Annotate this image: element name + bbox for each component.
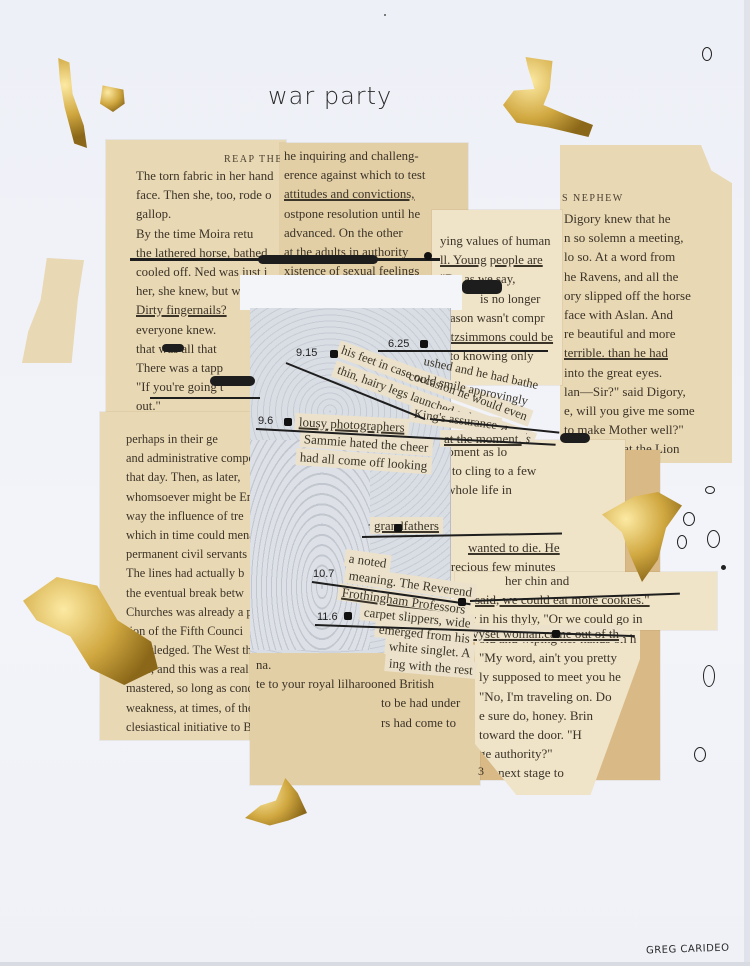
ink-dot [344, 612, 352, 620]
ink-line [150, 397, 260, 399]
page-number: 3 [478, 762, 484, 781]
ink-doodle [694, 747, 706, 762]
page-header: S NEPHEW [562, 189, 624, 208]
artwork-title: war party [268, 82, 392, 110]
book-page-right: S NEPHEW Digory knew that he n so solemn… [560, 145, 732, 463]
paper-edge-bottom [0, 962, 750, 966]
ink-dot-doodle [721, 565, 726, 570]
map-label: 11.6 [317, 611, 338, 623]
ink-dot [458, 598, 466, 606]
ink-dot [284, 418, 292, 426]
ink-line [378, 350, 548, 352]
ink-dot-doodle [384, 14, 386, 16]
ink-scribble [162, 344, 184, 352]
ink-dot [552, 630, 560, 638]
map-label: 10.7 [313, 568, 334, 580]
paper-edge [744, 0, 750, 966]
page-text: perhaps in their ge and administrative c… [126, 430, 260, 740]
page-text: her chin and said, we could eat more coo… [505, 572, 650, 630]
ink-scribble [462, 280, 502, 294]
ink-dot [420, 340, 428, 348]
ink-scribble [258, 255, 378, 264]
text-strip: grandfathers [370, 517, 443, 534]
ink-doodle [705, 486, 715, 494]
ink-doodle [702, 47, 712, 61]
map-label: 6.25 [388, 338, 409, 350]
ink-doodle [683, 512, 695, 526]
ink-dot [394, 524, 402, 532]
ink-scribble [560, 433, 590, 443]
ink-scribble [210, 376, 255, 386]
ink-dot [330, 350, 338, 358]
map-label: 9.15 [296, 347, 317, 359]
white-tape [240, 275, 462, 310]
page-text: Digory knew that he n so solemn a meetin… [564, 209, 695, 463]
ink-doodle [703, 665, 715, 687]
topographic-map-contours [250, 440, 370, 650]
map-label: 9.6 [258, 415, 273, 427]
ink-doodle [707, 530, 720, 548]
ink-dot [424, 252, 432, 260]
ink-doodle [677, 535, 687, 549]
